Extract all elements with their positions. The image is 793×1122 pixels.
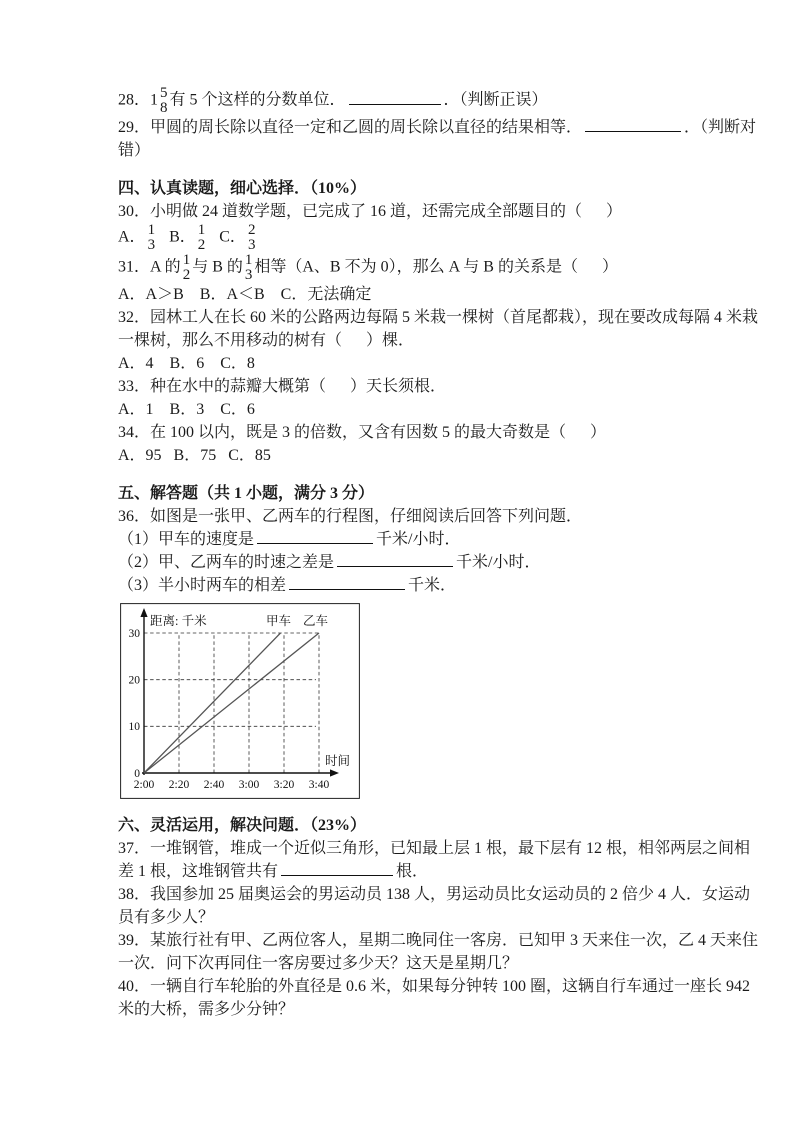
x-axis-arrow-icon <box>330 769 339 776</box>
q36-sub1-text: （1）甲车的速度是 <box>118 531 254 548</box>
q36-sub3-text: （3）半小时两车的相差 <box>118 577 286 594</box>
q29-text-1: 29．甲圆的周长除以直径一定和乙圆的周长除以直径的结果相等． <box>118 119 582 136</box>
q36-sub2-text: （2）甲、乙两车的时速之差是 <box>118 554 334 571</box>
question-38-line-2: 员有多少人？ <box>118 906 738 929</box>
question-32-options: A．4 B．6 C．8 <box>118 352 738 375</box>
answer-blank <box>281 873 393 876</box>
question-39-line-2: 一次．问下次再同住一客房要过多少天？这天是星期几？ <box>118 952 738 975</box>
question-31-options: A．A＞B B．A＜B C．无法确定 <box>118 283 738 306</box>
question-40-line-1: 40．一辆自行车轮胎的外直径是 0.6 米，如果每分钟转 100 圈，这辆自行车… <box>118 975 738 998</box>
y-tick-20: 20 <box>129 675 141 687</box>
question-36-sub-2: （2）甲、乙两车的时速之差是千米/小时． <box>118 551 738 574</box>
fraction-numerator: 1 <box>183 253 191 268</box>
question-28: 28．158有 5 个这样的分数单位．．（判断正误） <box>118 86 738 116</box>
question-32-line-2: 一棵树，那么不用移动的树有（ ）棵． <box>118 329 738 352</box>
x-tick-300: 3:00 <box>239 779 260 791</box>
q37-unit: 根． <box>396 863 428 880</box>
fraction-denominator: 2 <box>198 238 206 253</box>
question-36-sub-3: （3）半小时两车的相差千米． <box>118 574 738 597</box>
answer-blank <box>337 564 453 567</box>
question-38-line-1: 38．我国参加 25 届奥运会的男运动员 138 人，男运动员比女运动员的 2 … <box>118 883 738 906</box>
q29-text-2: ．（判断对 <box>684 119 756 136</box>
q28-text-2: 有 5 个这样的分数单位． <box>170 92 346 109</box>
question-36-sub-1: （1）甲车的速度是千米/小时． <box>118 528 738 551</box>
series-line-甲车 <box>144 633 281 773</box>
x-tick-320: 3:20 <box>274 779 295 791</box>
q31-text-2: 与 B 的 <box>192 259 243 276</box>
question-36: 36．如图是一张甲、乙两车的行程图，仔细阅读后回答下列问题． <box>118 505 738 528</box>
chart-x-axis-label: 时间 <box>325 753 350 768</box>
fraction-numerator: 1 <box>245 253 253 268</box>
question-33-options: A．1 B．3 C．6 <box>118 398 738 421</box>
question-39-line-1: 39．某旅行社有甲、乙两位客人，星期二晚同住一客房．已知甲 3 天来住一次，乙 … <box>118 929 738 952</box>
fraction-1-2: 12 <box>196 223 208 253</box>
fraction-numerator: 2 <box>248 223 256 238</box>
answer-blank <box>257 541 373 544</box>
x-tick-240: 2:40 <box>204 779 225 791</box>
chart-tick-labels: 30 20 10 0 2:00 2:20 2:40 3:00 3:20 3:40 <box>129 628 330 791</box>
question-34: 34．在 100 以内，既是 3 的倍数，又含有因数 5 的最大奇数是（ ） <box>118 421 738 444</box>
y-tick-30: 30 <box>129 628 141 640</box>
question-29-line-1: 29．甲圆的周长除以直径一定和乙圆的周长除以直径的结果相等．．（判断对 <box>118 116 738 139</box>
q28-text-3: ．（判断正误） <box>444 92 548 109</box>
fraction-numerator: 5 <box>160 86 168 101</box>
q31-text-1: 31．A 的 <box>118 259 181 276</box>
q28-text-1: 28．1 <box>118 92 158 109</box>
fraction-denominator: 3 <box>148 238 156 253</box>
fraction-numerator: 1 <box>148 223 156 238</box>
exam-content: 28．158有 5 个这样的分数单位．．（判断正误） 29．甲圆的周长除以直径一… <box>0 0 793 1021</box>
fraction-1-3: 13 <box>243 253 255 283</box>
y-tick-10: 10 <box>129 721 141 733</box>
fraction-denominator: 8 <box>160 101 168 116</box>
section-5-header: 五、解答题（共 1 小题，满分 3 分） <box>118 482 738 505</box>
fraction-denominator: 3 <box>248 238 256 253</box>
trip-chart: 30 20 10 0 2:00 2:20 2:40 3:00 3:20 3:40… <box>120 603 360 799</box>
y-axis-arrow-icon <box>140 608 147 617</box>
question-30-options: A．13 B．12 C．23 <box>118 223 738 253</box>
chart-series-lines <box>144 633 319 773</box>
section-4-header: 四、认真读题，细心选择．（10%） <box>118 177 738 200</box>
answer-blank <box>585 129 681 132</box>
x-tick-220: 2:20 <box>169 779 190 791</box>
fraction-numerator: 1 <box>198 223 206 238</box>
answer-blank <box>349 102 441 105</box>
section-6-header: 六、灵活运用，解决问题．（23%） <box>118 814 738 837</box>
fraction-2-3: 23 <box>246 223 258 253</box>
chart-y-axis-label: 距离: 千米 <box>150 613 207 628</box>
fraction-denominator: 3 <box>245 268 253 283</box>
option-b-label: B． <box>157 229 196 246</box>
exam-paper-page: 28．158有 5 个这样的分数单位．．（判断正误） 29．甲圆的周长除以直径一… <box>0 0 793 1122</box>
chart-legend-car-b: 乙车 <box>303 614 329 628</box>
question-37-line-2: 差 1 根，这堆钢管共有根． <box>118 860 738 883</box>
q31-text-3: 相等（A、B 不为 0），那么 A 与 B 的关系是（ ） <box>254 259 618 276</box>
question-30: 30．小明做 24 道数学题，已完成了 16 道，还需完成全部题目的（ ） <box>118 200 738 223</box>
q37-text: 差 1 根，这堆钢管共有 <box>118 863 278 880</box>
answer-blank <box>289 587 405 590</box>
fraction-denominator: 2 <box>183 268 191 283</box>
q36-sub1-unit: 千米/小时． <box>376 531 460 548</box>
question-37-line-1: 37．一堆钢管，堆成一个近似三角形，已知最上层 1 根，最下层有 12 根，相邻… <box>118 837 738 860</box>
x-tick-340: 3:40 <box>309 779 330 791</box>
chart-legend-car-a: 甲车 <box>266 614 292 628</box>
question-33: 33．种在水中的蒜瓣大概第（ ）天长须根． <box>118 375 738 398</box>
option-c-label: C． <box>207 229 246 246</box>
option-a-label: A． <box>118 229 146 246</box>
question-29-line-2: 错） <box>118 139 738 162</box>
x-tick-200: 2:00 <box>134 779 155 791</box>
fraction-1-2: 12 <box>181 253 193 283</box>
fraction-5-8: 58 <box>158 86 170 116</box>
fraction-1-3: 13 <box>146 223 158 253</box>
q36-sub3-unit: 千米． <box>408 577 456 594</box>
q36-sub2-unit: 千米/小时． <box>456 554 540 571</box>
question-31: 31．A 的12与 B 的13相等（A、B 不为 0），那么 A 与 B 的关系… <box>118 253 738 283</box>
question-34-options: A．95 B．75 C．85 <box>118 444 738 467</box>
question-32-line-1: 32．园林工人在长 60 米的公路两边每隔 5 米栽一棵树（首尾都栽），现在要改… <box>118 306 738 329</box>
series-line-乙车 <box>144 633 319 773</box>
question-40-line-2: 米的大桥，需多少分钟？ <box>118 998 738 1021</box>
